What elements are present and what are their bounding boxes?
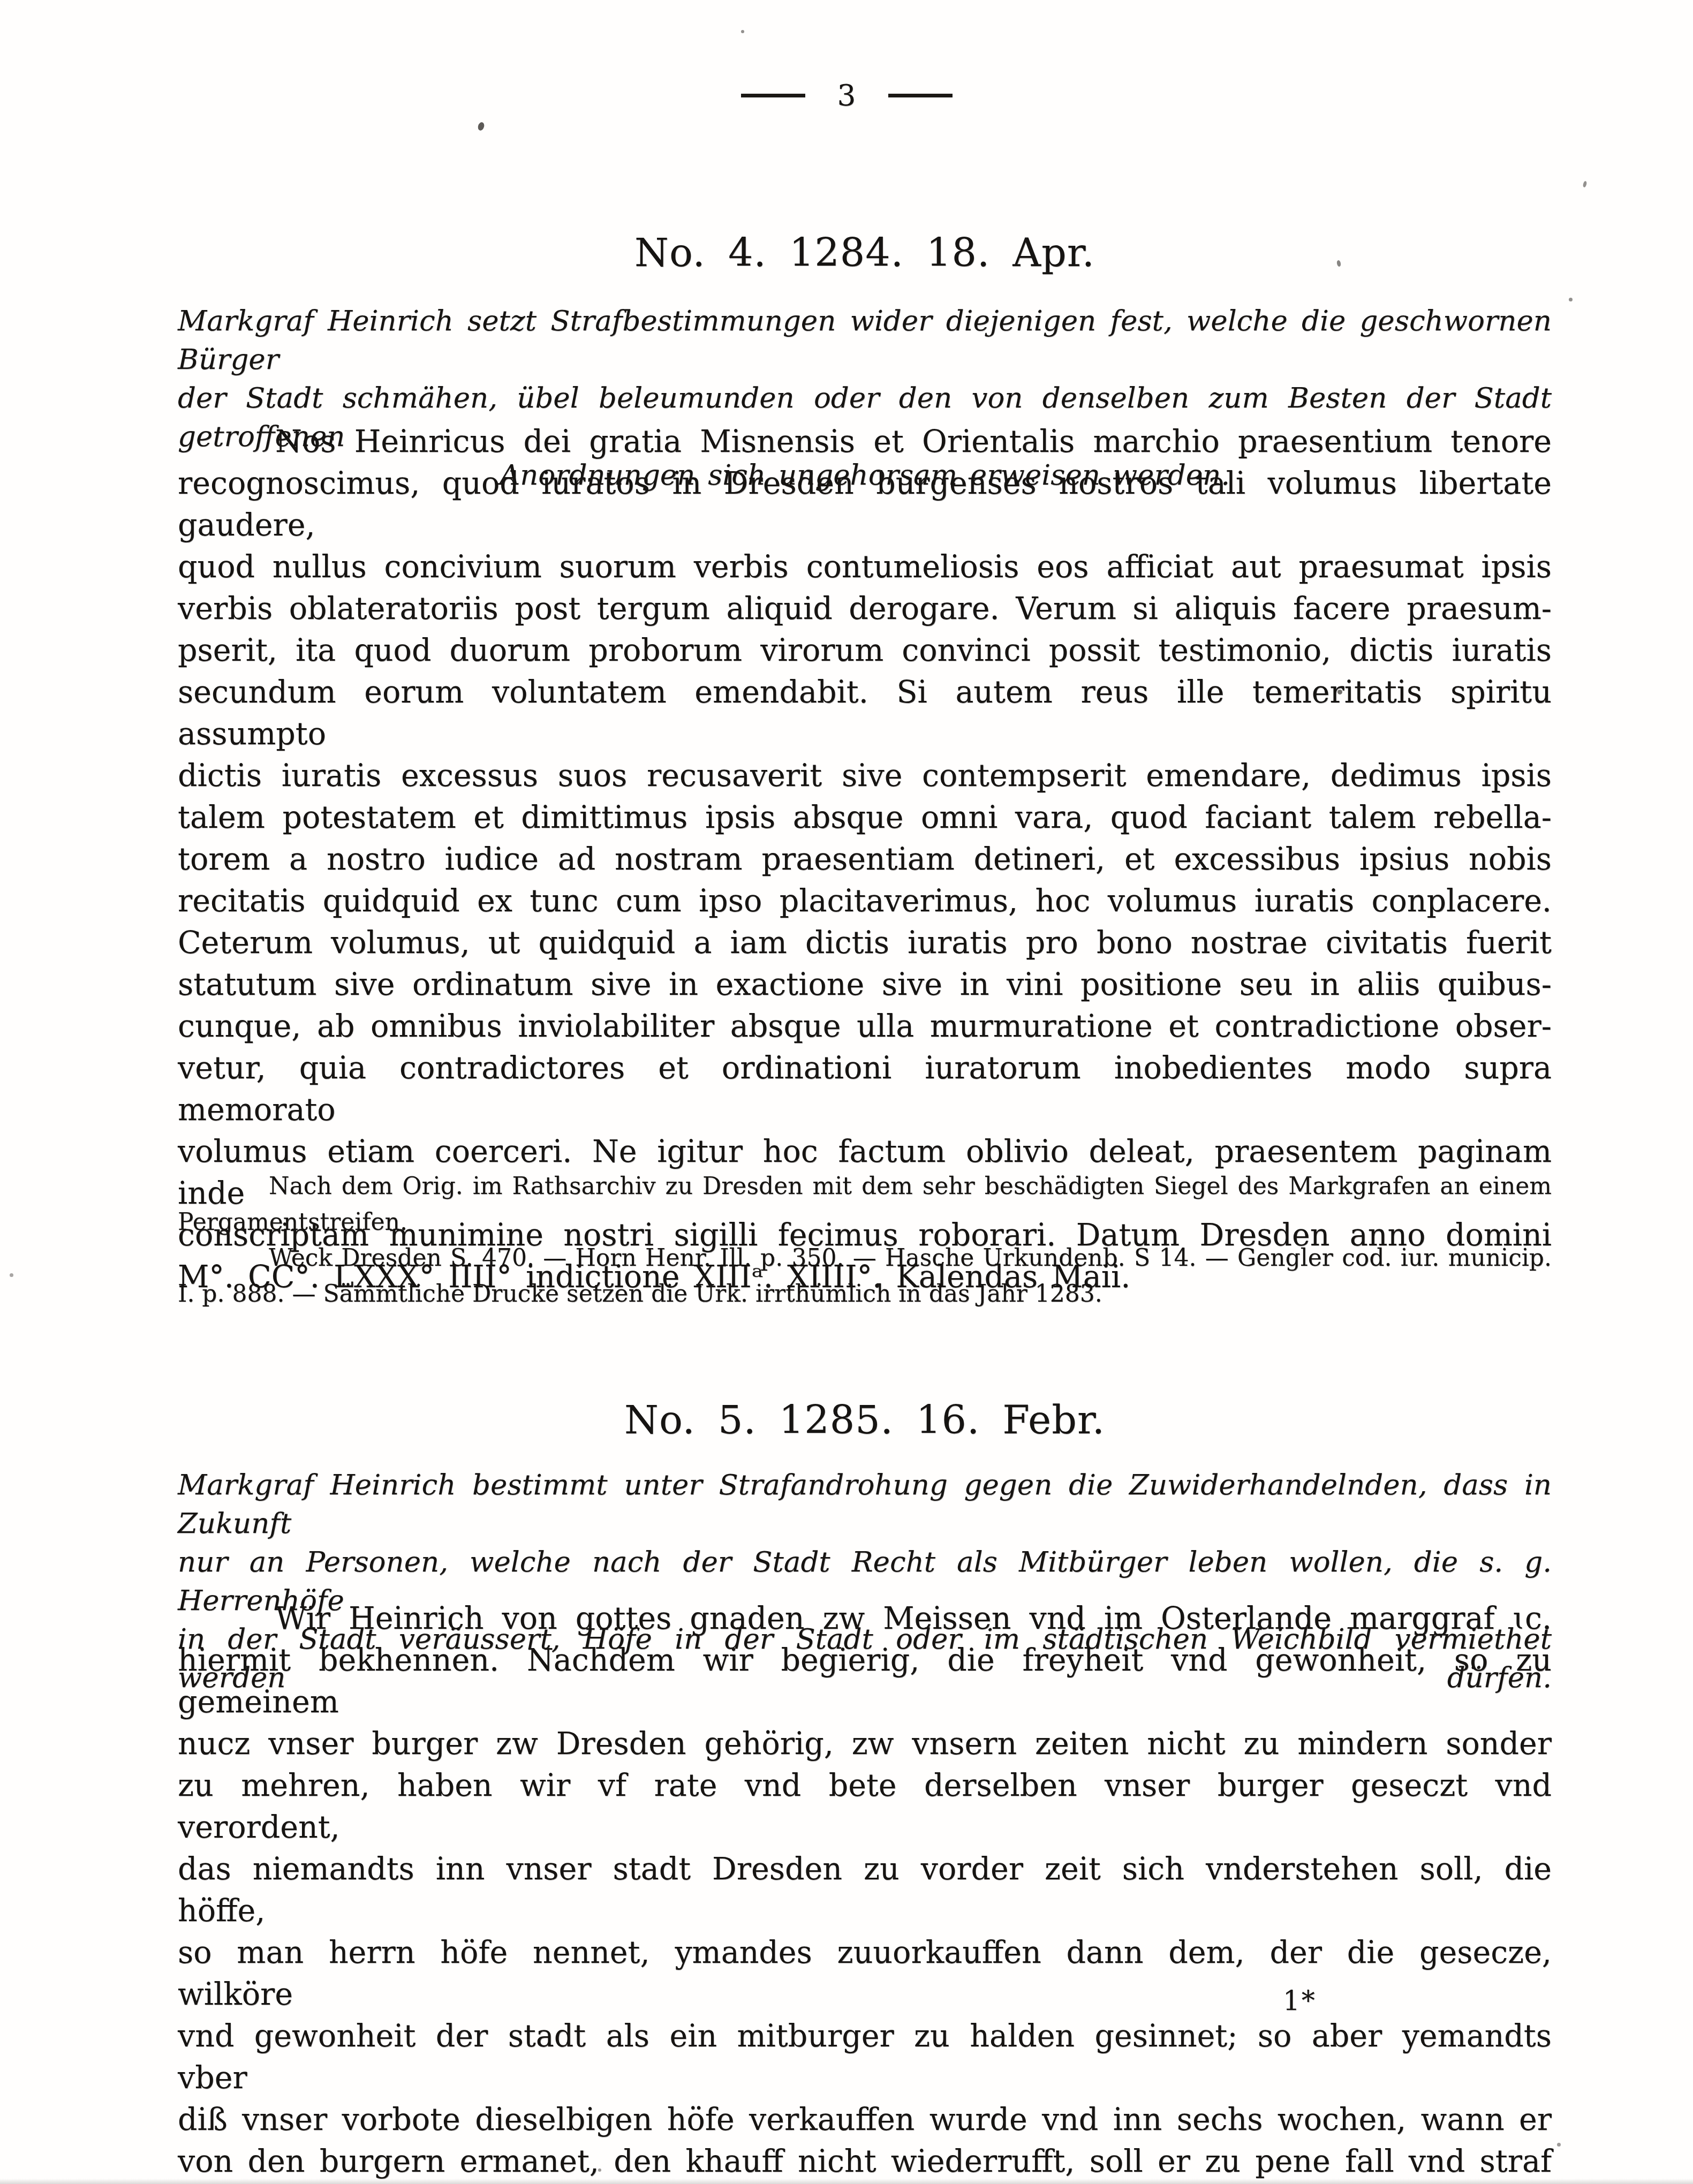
- note-line: I. p. 888. — Sämmtliche Drucke setzen di…: [178, 1276, 1552, 1312]
- body-line: vetur, quia contradictores et ordination…: [178, 1047, 1552, 1131]
- scan-speck: [10, 1273, 13, 1277]
- summary-line: Markgraf Heinrich setzt Strafbestimmunge…: [178, 302, 1552, 379]
- body-line: Ceterum volumus, ut quidquid a iam dicti…: [178, 922, 1552, 964]
- body-line: vnd gewonheit der stadt als ein mitburge…: [178, 2015, 1552, 2099]
- document-4-body: Nos Heinricus dei gratia Misnensis et Or…: [178, 421, 1552, 1298]
- scan-speck: [741, 30, 744, 33]
- body-line: Wir Heinrich von gottes gnaden zw Meisse…: [178, 1598, 1552, 1639]
- scanned-document-page: 3 No. 4. 1284. 18. Apr. Markgraf Heinric…: [0, 0, 1693, 2184]
- scan-speck: [1337, 690, 1342, 694]
- body-line: statutum sive ordinatum sive in exaction…: [178, 964, 1552, 1006]
- page-number-dash-right: [888, 94, 953, 97]
- body-line: zu mehren, haben wir vf rate vnd bete de…: [178, 1765, 1552, 1848]
- body-line: nucz vnser burger zw Dresden gehörig, zw…: [178, 1723, 1552, 1765]
- body-line: dictis iuratis excessus suos recusaverit…: [178, 755, 1552, 797]
- page-number: 3: [837, 78, 856, 112]
- scan-speck: [1583, 180, 1588, 187]
- body-line: verbis oblateratoriis post tergum aliqui…: [178, 588, 1552, 630]
- scan-speck: [1557, 2143, 1561, 2147]
- document-4-source-notes: Nach dem Orig. im Rathsarchiv zu Dresden…: [178, 1168, 1552, 1312]
- body-line: recitatis quidquid ex tunc cum ipso plac…: [178, 880, 1552, 922]
- body-line: quod nullus concivium suorum verbis cont…: [178, 546, 1552, 588]
- note-line: Nach dem Orig. im Rathsarchiv zu Dresden…: [178, 1168, 1552, 1204]
- note-line: Weck Dresden S. 470. — Horn Henr. Ill. p…: [178, 1240, 1552, 1276]
- body-line: torem a nostro iudice ad nostram praesen…: [178, 838, 1552, 880]
- body-line: Nos Heinricus dei gratia Misnensis et Or…: [178, 421, 1552, 463]
- note-line: Pergamentstreifen.: [178, 1204, 1552, 1240]
- document-5-heading: No. 5. 1285. 16. Febr.: [178, 1397, 1552, 1443]
- signature-mark: 1*: [1283, 1985, 1317, 2016]
- scan-speck: [477, 122, 485, 132]
- body-line: recognoscimus, quod iuratos in Dresden b…: [178, 463, 1552, 546]
- body-line: diß vnser vorbote dieselbigen höfe verka…: [178, 2099, 1552, 2141]
- scan-bottom-edge: [0, 2179, 1693, 2184]
- body-line: hiermit bekhennen. Nachdem wir begierig,…: [178, 1639, 1552, 1723]
- body-line: cunque, ab omnibus inviolabiliter absque…: [178, 1006, 1552, 1047]
- scan-speck: [1569, 298, 1573, 301]
- body-line: von den burgern ermanet, den khauff nich…: [178, 2141, 1552, 2182]
- scan-speck: [598, 2168, 601, 2172]
- body-line: secundum eorum voluntatem emendabit. Si …: [178, 671, 1552, 755]
- summary-line: Markgraf Heinrich bestimmt unter Strafan…: [178, 1466, 1552, 1543]
- body-line: das niemandts inn vnser stadt Dresden zu…: [178, 1848, 1552, 1932]
- body-line: so man herrn höfe nennet, ymandes zuuork…: [178, 1932, 1552, 2015]
- body-line: pserit, ita quod duorum proborum virorum…: [178, 630, 1552, 671]
- document-4-heading: No. 4. 1284. 18. Apr.: [178, 230, 1552, 276]
- body-line: talem potestatem et dimittimus ipsis abs…: [178, 797, 1552, 838]
- page-number-dash-left: [741, 94, 805, 97]
- document-5-body: Wir Heinrich von gottes gnaden zw Meisse…: [178, 1598, 1552, 2182]
- page-header: 3: [0, 78, 1693, 112]
